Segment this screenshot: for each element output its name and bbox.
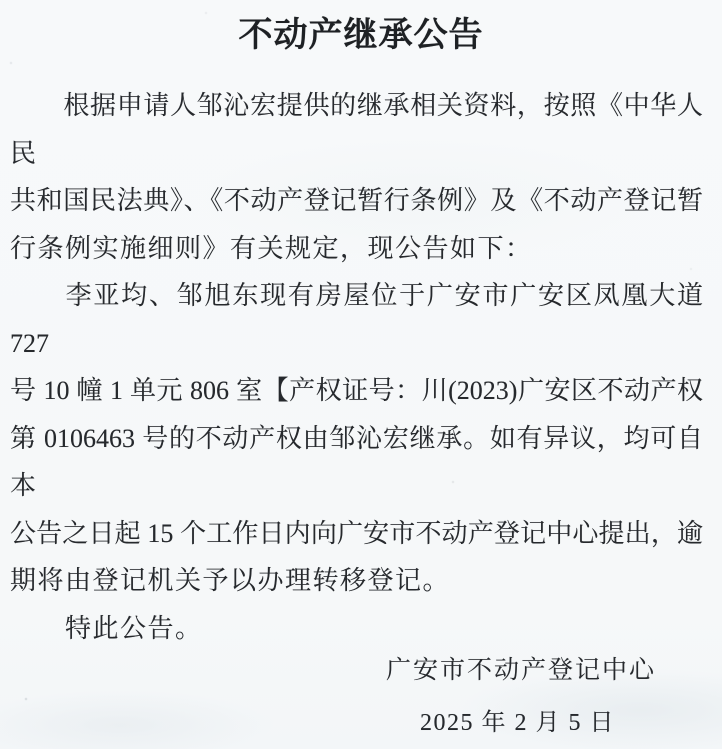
paragraph: 根据申请人邹沁宏提供的继承相关资料，按照《中华人民共和国民法典》、《不动产登记暂…	[10, 82, 703, 272]
text-line: 号 10 幢 1 单元 806 室【产权证号：川(2023)广安区不动产权	[10, 367, 703, 415]
text-line: 期将由登记机关予以办理转移登记。	[10, 557, 703, 605]
text-line: 第 0106463 号的不动产权由邹沁宏继承。如有异议，均可自本	[10, 415, 703, 510]
text-line: 李亚均、邹旭东现有房屋位于广安市广安区凤凰大道 727	[10, 272, 703, 367]
text-line: 根据申请人邹沁宏提供的继承相关资料，按照《中华人民	[10, 82, 703, 177]
issue-date: 2025 年 2 月 5 日	[420, 702, 615, 737]
text-line: 共和国民法典》、《不动产登记暂行条例》及《不动产登记暂	[10, 177, 703, 225]
document-body: 根据申请人邹沁宏提供的继承相关资料，按照《中华人民共和国民法典》、《不动产登记暂…	[10, 82, 703, 652]
text-line: 公告之日起 15 个工作日内向广安市不动产登记中心提出，逾	[10, 510, 703, 558]
scanned-announcement-document: 不动产继承公告 根据申请人邹沁宏提供的继承相关资料，按照《中华人民共和国民法典》…	[0, 0, 722, 749]
issuer-signature: 广安市不动产登记中心	[386, 650, 656, 686]
text-line: 行条例实施细则》有关规定，现公告如下：	[10, 225, 703, 273]
document-title: 不动产继承公告	[0, 0, 722, 56]
paragraph: 李亚均、邹旭东现有房屋位于广安市广安区凤凰大道 727号 10 幢 1 单元 8…	[10, 272, 703, 605]
paragraph: 特此公告。	[10, 605, 703, 653]
text-line: 特此公告。	[10, 605, 703, 653]
